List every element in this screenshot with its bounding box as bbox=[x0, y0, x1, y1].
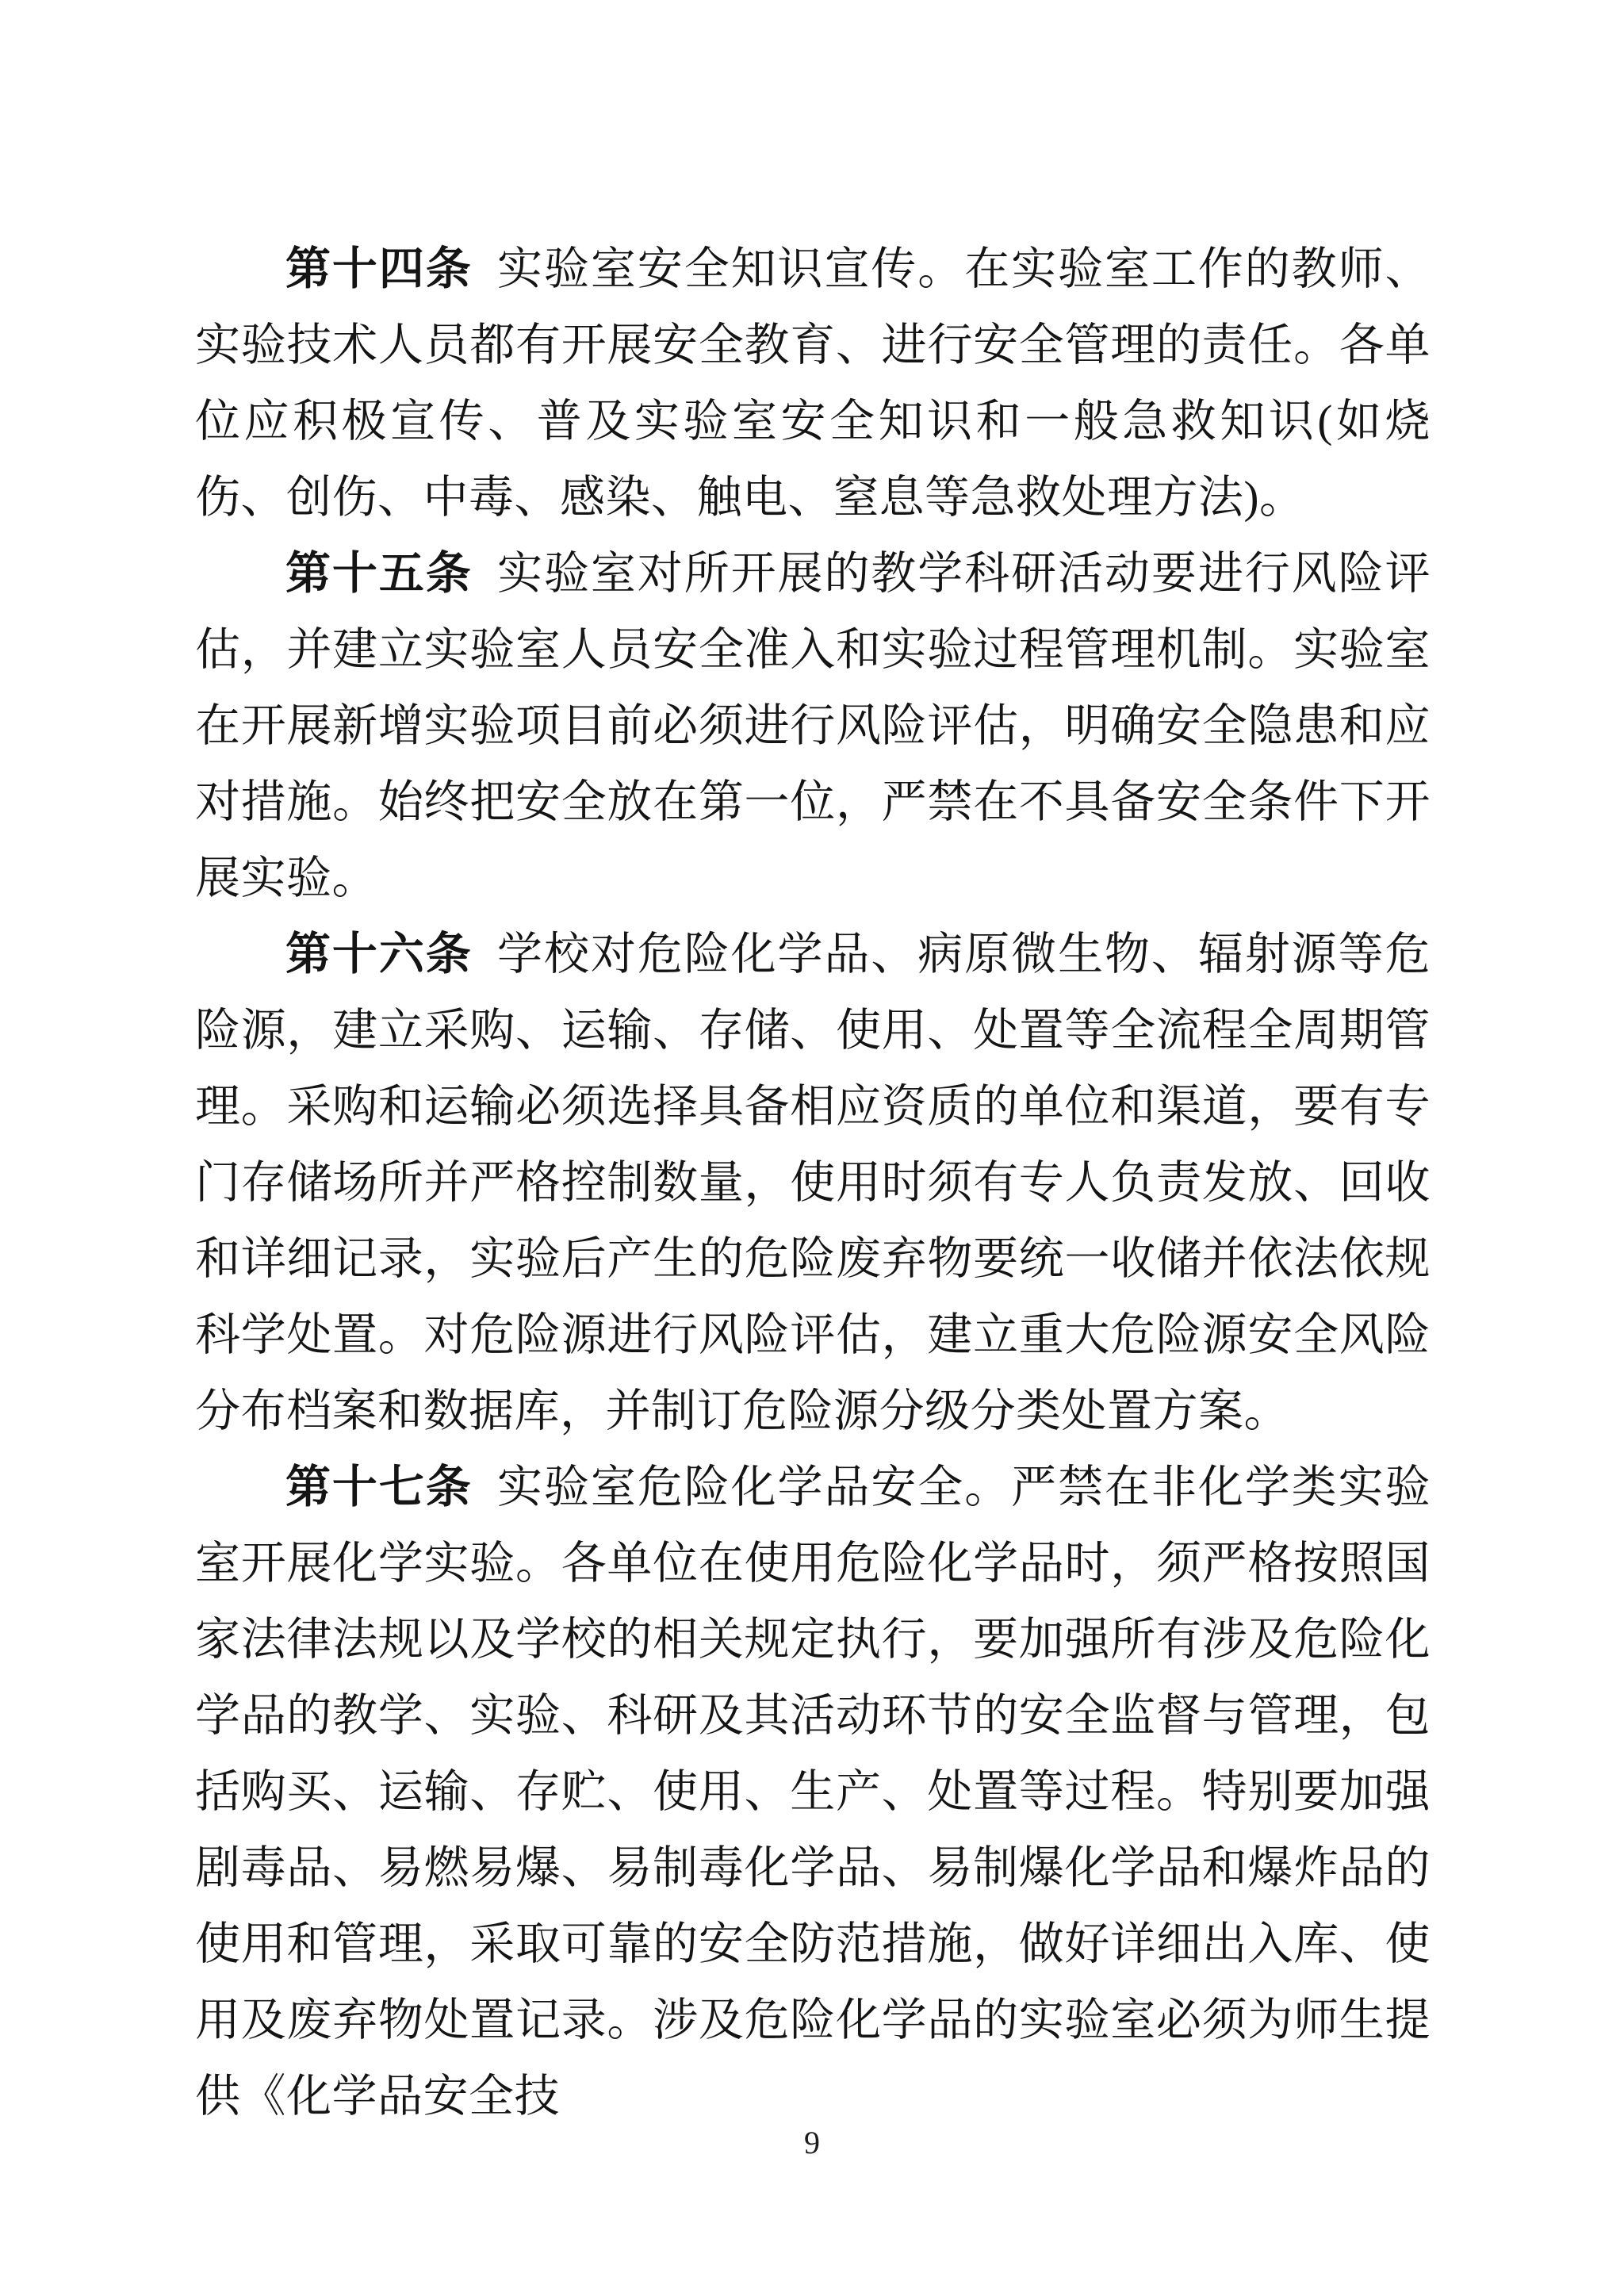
document-page: 第十四条实验室安全知识宣传。在实验室工作的教师、实验技术人员都有开展安全教育、进… bbox=[0, 0, 1624, 2296]
article-16-heading: 第十六条 bbox=[285, 930, 497, 979]
article-paragraph: 第十七条实验室危险化学品安全。严禁在非化学类实验室开展化学实验。各单位在使用危险… bbox=[195, 1450, 1431, 2135]
article-paragraph: 第十四条实验室安全知识宣传。在实验室工作的教师、实验技术人员都有开展安全教育、进… bbox=[195, 232, 1431, 536]
article-14-heading: 第十四条 bbox=[285, 244, 497, 294]
article-16-body: 学校对危险化学品、病原微生物、辐射源等危险源，建立采购、运输、存储、使用、处置等… bbox=[195, 930, 1431, 1436]
document-text-block: 第十四条实验室安全知识宣传。在实验室工作的教师、实验技术人员都有开展安全教育、进… bbox=[195, 232, 1431, 2135]
article-17-heading: 第十七条 bbox=[285, 1462, 497, 1512]
article-paragraph: 第十五条实验室对所开展的教学科研活动要进行风险评估，并建立实验室人员安全准入和实… bbox=[195, 536, 1431, 917]
article-15-body: 实验室对所开展的教学科研活动要进行风险评估，并建立实验室人员安全准入和实验过程管… bbox=[195, 549, 1431, 903]
article-paragraph: 第十六条学校对危险化学品、病原微生物、辐射源等危险源，建立采购、运输、存储、使用… bbox=[195, 917, 1431, 1450]
article-15-heading: 第十五条 bbox=[285, 549, 497, 599]
article-17-body: 实验室危险化学品安全。严禁在非化学类实验室开展化学实验。各单位在使用危险化学品时… bbox=[195, 1462, 1431, 2122]
page-number: 9 bbox=[0, 2124, 1624, 2162]
